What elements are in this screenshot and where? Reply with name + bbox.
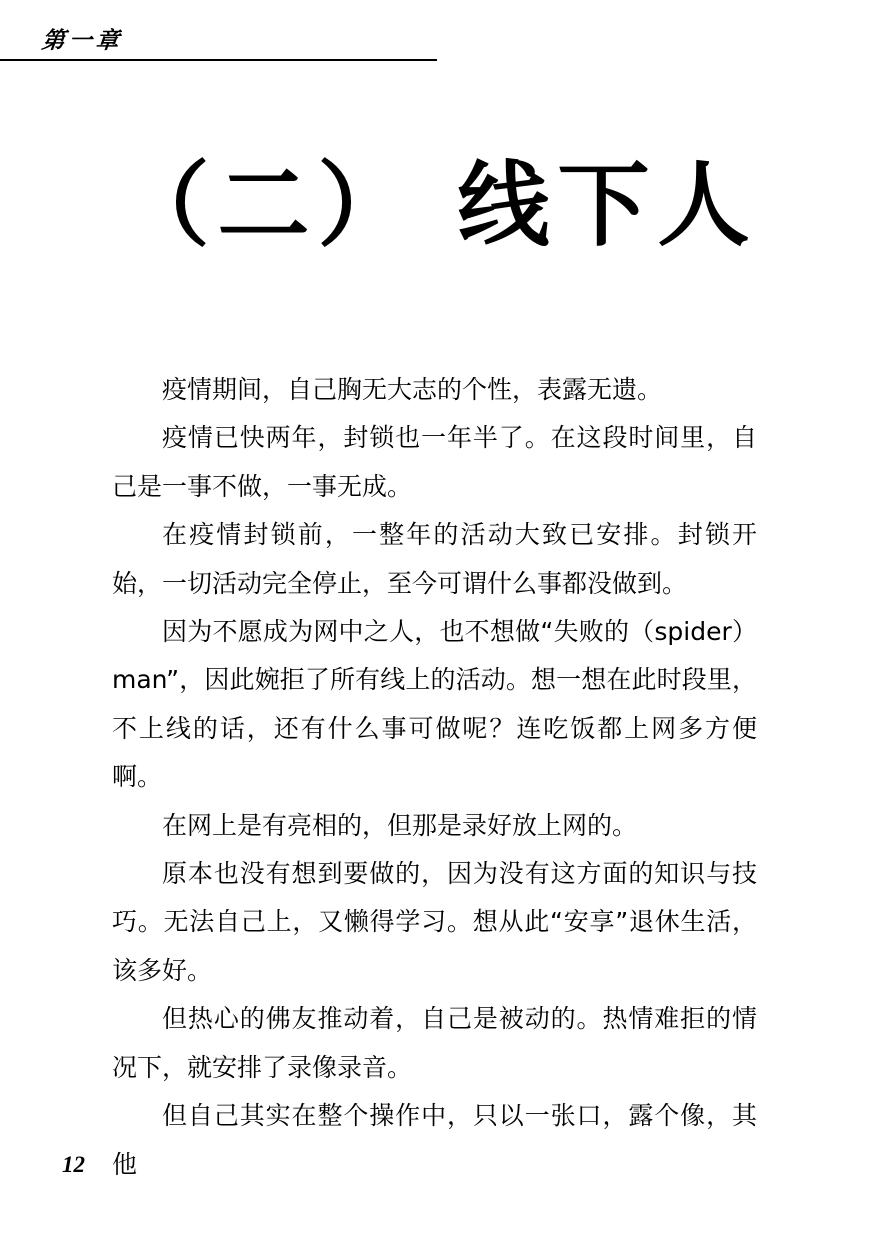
running-header-chapter: 第一章 xyxy=(40,22,124,55)
paragraph: 原本也没有想到要做的，因为没有这方面的知识与技巧。无法自己上，又懒得学习。想从此… xyxy=(112,850,757,995)
paragraph: 疫情已快两年，封锁也一年半了。在这段时间里，自己是一事不做，一事无成。 xyxy=(112,414,757,511)
book-page: 第一章 （二） 线下人 疫情期间，自己胸无大志的个性，表露无遗。 疫情已快两年，… xyxy=(0,0,875,1241)
body-text-block: 疫情期间，自己胸无大志的个性，表露无遗。 疫情已快两年，封锁也一年半了。在这段时… xyxy=(112,366,757,1189)
paragraph: 疫情期间，自己胸无大志的个性，表露无遗。 xyxy=(112,366,757,414)
paragraph: 在网上是有亮相的，但那是录好放上网的。 xyxy=(112,802,757,850)
paragraph: 但自己其实在整个操作中，只以一张口，露个像，其他 xyxy=(112,1092,757,1189)
page-number: 12 xyxy=(62,1152,85,1178)
header-rule-divider xyxy=(0,59,437,61)
paragraph: 在疫情封锁前，一整年的活动大致已安排。封锁开始，一切活动完全停止，至今可谓什么事… xyxy=(112,511,757,608)
section-title: （二） 线下人 xyxy=(0,152,875,260)
paragraph: 但热心的佛友推动着，自己是被动的。热情难拒的情况下，就安排了录像录音。 xyxy=(112,995,757,1092)
paragraph: 因为不愿成为网中之人，也不想做“失败的（spider）man”，因此婉拒了所有线… xyxy=(112,608,757,802)
